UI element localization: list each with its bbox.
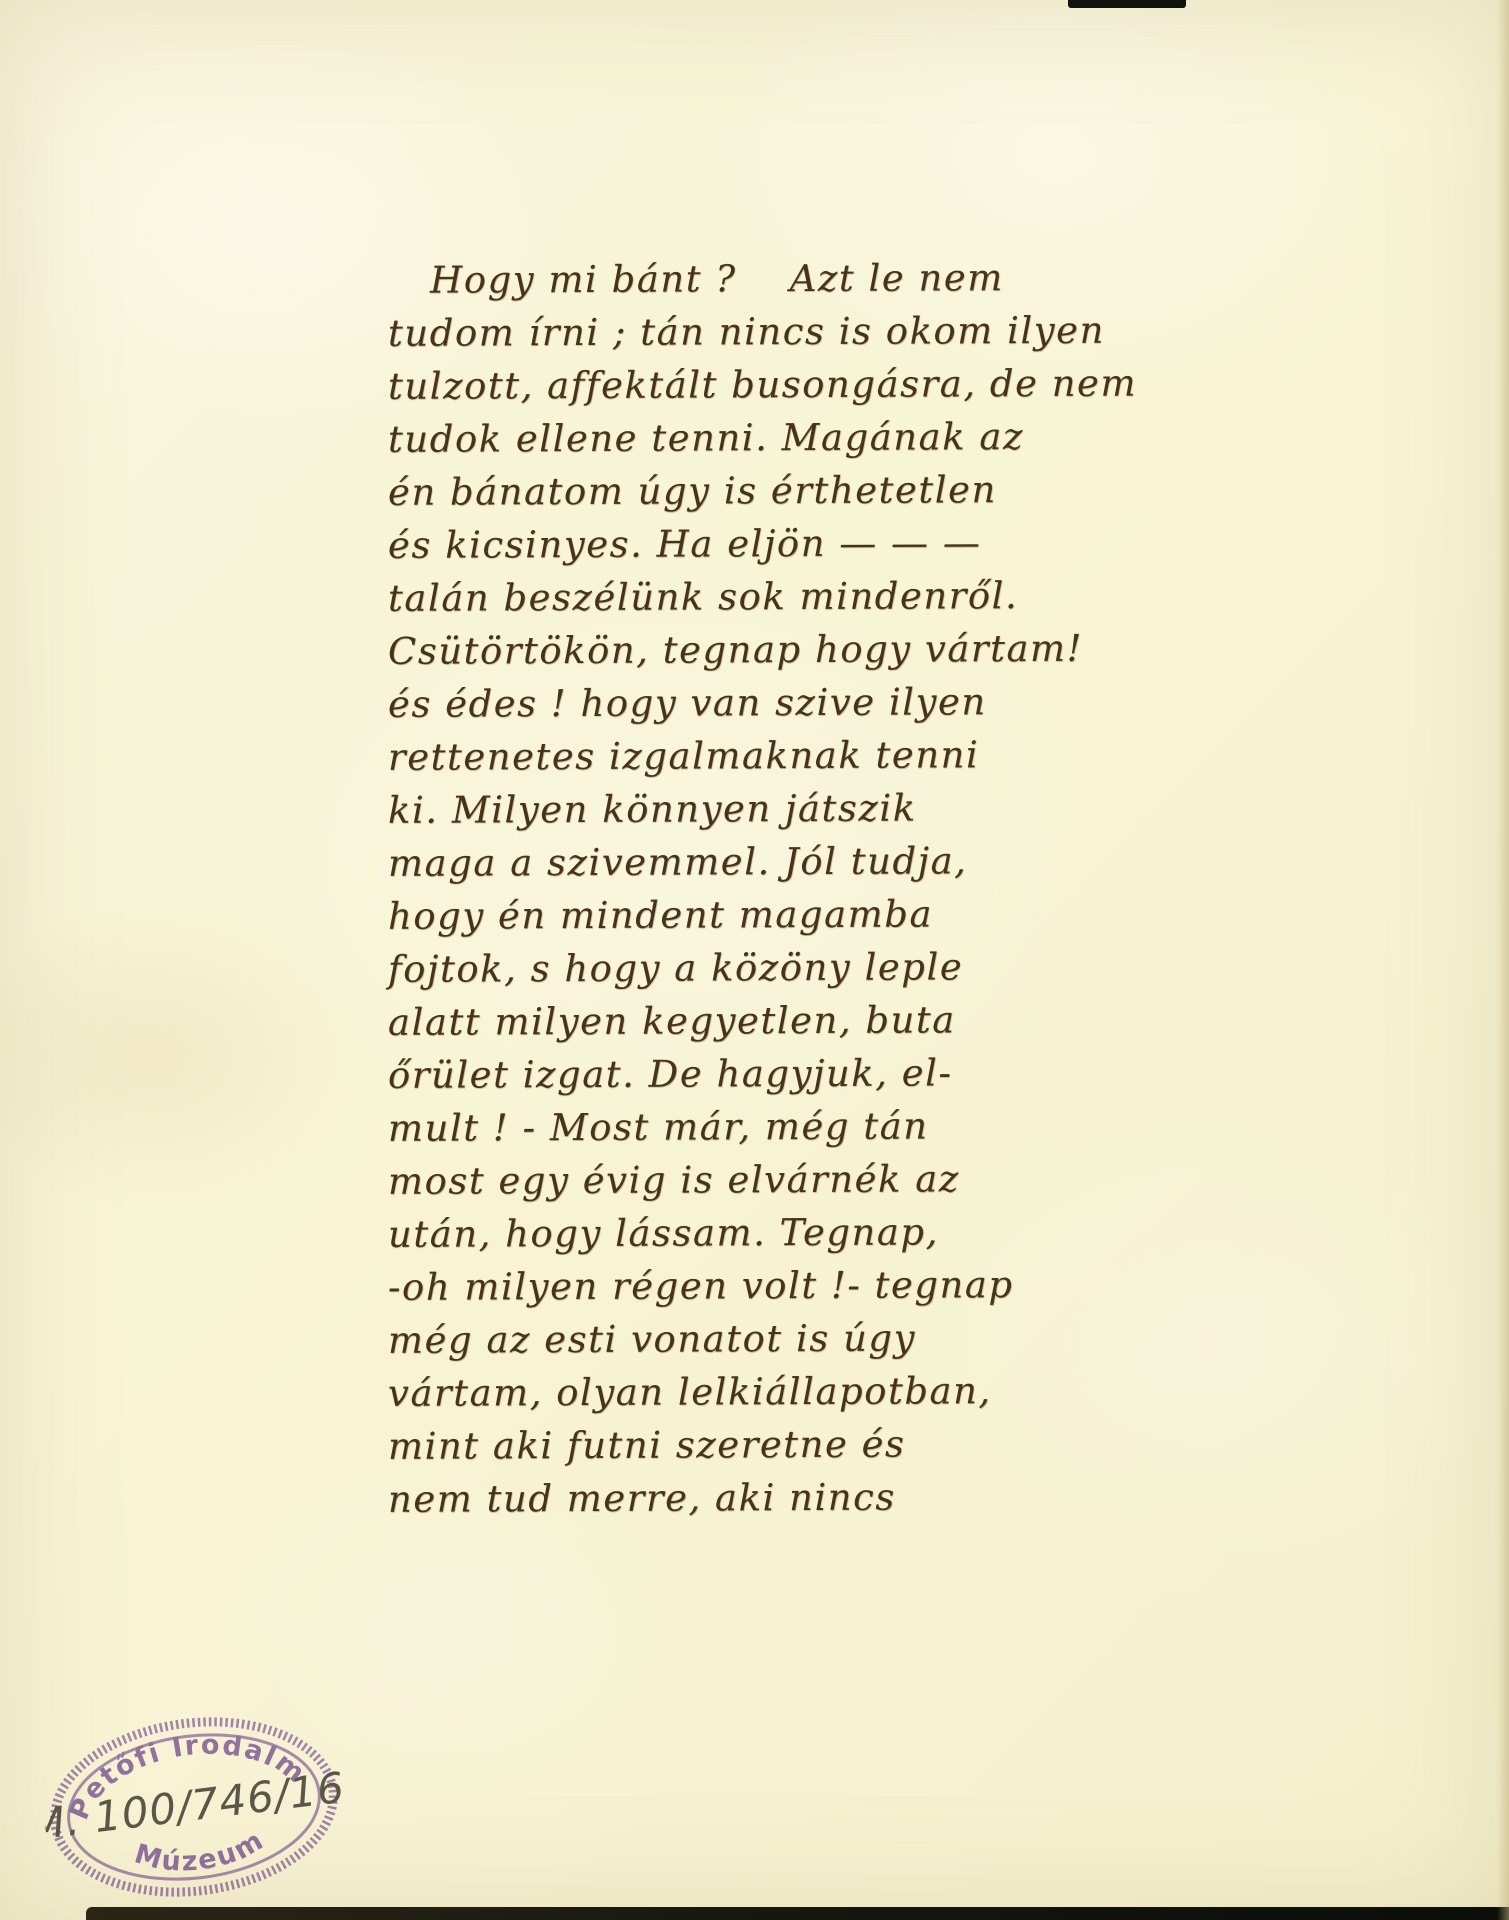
manuscript-line: maga a szivemmel. Jól tudja, (388, 833, 1238, 890)
manuscript-text: Hogy mi bánt ? Azt le nem tudom írni ; t… (388, 252, 1238, 1524)
manuscript-line: vártam, olyan lelkiállapotban, (388, 1363, 1238, 1420)
manuscript-line: -oh milyen régen volt !- tegnap (388, 1257, 1238, 1314)
scan-edge-top (1068, 0, 1186, 8)
manuscript-line: mint aki futni szeretne és (388, 1416, 1238, 1473)
letter-page: Hogy mi bánt ? Azt le nem tudom írni ; t… (0, 0, 1509, 1920)
manuscript-line: fojtok, s hogy a közöny leple (388, 939, 1238, 996)
manuscript-line: tudok ellene tenni. Magának az (388, 409, 1238, 466)
manuscript-line: alatt milyen kegyetlen, buta (388, 992, 1238, 1049)
manuscript-line: rettenetes izgalmaknak tenni (388, 727, 1238, 784)
manuscript-line: tulzott, affektált busongásra, de nem (388, 356, 1238, 413)
manuscript-line: talán beszélünk sok mindenről. (388, 568, 1238, 625)
museum-stamp: Petőfi Irodalmi Múzeum M. 100/746/16. (34, 1694, 355, 1919)
manuscript-line: és édes ! hogy van szive ilyen (388, 674, 1238, 731)
scan-edge-bottom (86, 1907, 1509, 1920)
manuscript-line: én bánatom úgy is érthetetlen (388, 462, 1238, 519)
manuscript-line: Hogy mi bánt ? Azt le nem (388, 250, 1238, 307)
manuscript-line: még az esti vonatot is úgy (388, 1310, 1238, 1367)
manuscript-line: mult ! - Most már, még tán (388, 1098, 1238, 1155)
manuscript-line: nem tud merre, aki nincs (388, 1469, 1238, 1526)
manuscript-line: őrület izgat. De hagyjuk, el- (388, 1045, 1238, 1102)
manuscript-line: most egy évig is elvárnék az (388, 1151, 1238, 1208)
manuscript-line: és kicsinyes. Ha eljön — — — (388, 515, 1238, 572)
manuscript-line: hogy én mindent magamba (388, 886, 1238, 943)
manuscript-line: ki. Milyen könnyen játszik (388, 780, 1238, 837)
stamp-inventory-number: M. 100/746/16. (34, 1761, 355, 1850)
manuscript-line: Csütörtökön, tegnap hogy vártam! (388, 621, 1238, 678)
manuscript-line: tudom írni ; tán nincs is okom ilyen (388, 303, 1238, 360)
paper-right-edge (1497, 0, 1509, 1920)
manuscript-line: után, hogy lássam. Tegnap, (388, 1204, 1238, 1261)
